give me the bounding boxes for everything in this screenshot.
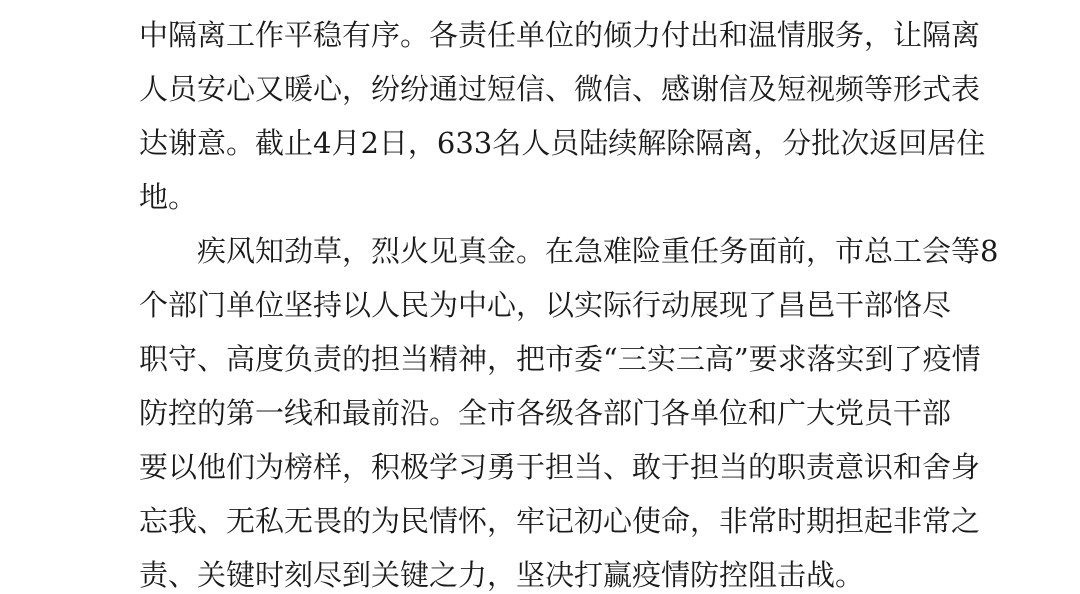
text-line: 职守、高度负责的担当精神，把市委“三实三高”要求落实到了疫情 — [139, 332, 939, 386]
text-line: 忘我、无私无畏的为民情怀，牢记初心使命，非常时期担起非常之 — [139, 494, 939, 548]
text-line: 要以他们为榜样，积极学习勇于担当、敢于担当的职责意识和舍身 — [139, 440, 939, 494]
text-line: 中隔离工作平稳有序。各责任单位的倾力付出和温情服务，让隔离 — [139, 8, 939, 62]
document-page: 中隔离工作平稳有序。各责任单位的倾力付出和温情服务，让隔离 人员安心又暖心，纷纷… — [139, 8, 939, 594]
text-line: 防控的第一线和最前沿。全市各级各部门各单位和广大党员干部 — [139, 386, 939, 440]
text-line: 达谢意。截止4月2日，633名人员陆续解除隔离，分批次返回居住 — [139, 116, 939, 170]
text-line: 人员安心又暖心，纷纷通过短信、微信、感谢信及短视频等形式表 — [139, 62, 939, 116]
text-line: 疾风知劲草，烈火见真金。在急难险重任务面前，市总工会等8 — [139, 224, 939, 278]
text-line: 地。 — [139, 170, 939, 224]
text-line: 责、关键时刻尽到关键之力，坚决打赢疫情防控阻击战。 — [139, 548, 939, 594]
text-line: 个部门单位坚持以人民为中心，以实际行动展现了昌邑干部恪尽 — [139, 278, 939, 332]
paragraph-isolation-summary: 中隔离工作平稳有序。各责任单位的倾力付出和温情服务，让隔离 人员安心又暖心，纷纷… — [139, 8, 939, 224]
paragraph-conclusion: 疾风知劲草，烈火见真金。在急难险重任务面前，市总工会等8 个部门单位坚持以人民为… — [139, 224, 939, 594]
